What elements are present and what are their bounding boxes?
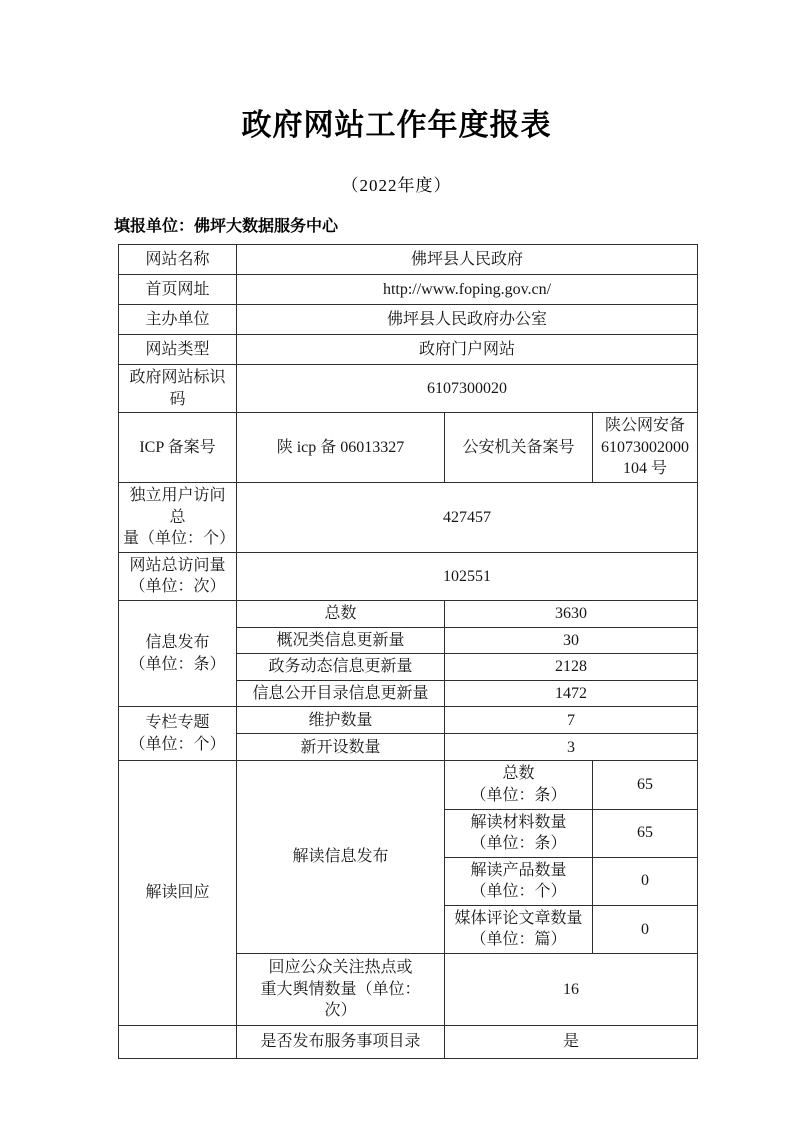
row-site-code: 政府网站标识码 6107300020 (119, 365, 698, 413)
row-total-visits: 网站总访问量 （单位：次） 102551 (119, 552, 698, 600)
home-url-label: 首页网址 (119, 275, 237, 305)
service-catalog-value: 是 (445, 1026, 698, 1059)
row-home-url: 首页网址 http://www.foping.gov.cn/ (119, 275, 698, 305)
site-code-value: 6107300020 (237, 365, 698, 413)
empty-corner-cell (119, 1026, 237, 1059)
row-unique-visitors: 独立用户访问总 量（单位：个） 427457 (119, 482, 698, 552)
report-year: （2022年度） (0, 171, 793, 196)
info-release-catalog-label: 信息公开目录信息更新量 (237, 680, 445, 707)
total-visits-label: 网站总访问量 （单位：次） (119, 552, 237, 600)
unique-visitors-label: 独立用户访问总 量（单位：个） (119, 482, 237, 552)
info-release-section-label: 信息发布 （单位：条） (119, 600, 237, 706)
special-columns-new-value: 3 (445, 734, 698, 761)
row-info-release-total: 信息发布 （单位：条） 总数 3630 (119, 600, 698, 627)
special-columns-new-label: 新开设数量 (237, 734, 445, 761)
organizer-value: 佛坪县人民政府办公室 (237, 305, 698, 335)
interpretation-products-label: 解读产品数量 （单位：个） (445, 857, 593, 905)
total-visits-value: 102551 (237, 552, 698, 600)
info-release-overview-label: 概况类信息更新量 (237, 627, 445, 654)
interpretation-media-value: 0 (593, 905, 698, 953)
home-url-value: http://www.foping.gov.cn/ (237, 275, 698, 305)
interpretation-media-label: 媒体评论文章数量 （单位：篇） (445, 905, 593, 953)
row-icp: ICP 备案号 陕 icp 备 06013327 公安机关备案号 陕公网安备 6… (119, 413, 698, 483)
site-type-value: 政府门户网站 (237, 335, 698, 365)
reporting-unit: 填报单位：佛坪大数据服务中心 (114, 213, 793, 236)
site-type-label: 网站类型 (119, 335, 237, 365)
info-release-catalog-value: 1472 (445, 680, 698, 707)
unique-visitors-value: 427457 (237, 482, 698, 552)
interpretation-section-label: 解读回应 (119, 761, 237, 1026)
info-release-total-label: 总数 (237, 600, 445, 627)
report-title: 政府网站工作年度报表 (0, 0, 793, 145)
info-release-dynamics-value: 2128 (445, 654, 698, 681)
site-name-label: 网站名称 (119, 245, 237, 275)
row-site-type: 网站类型 政府门户网站 (119, 335, 698, 365)
interpretation-total-value: 65 (593, 761, 698, 809)
special-columns-section-label: 专栏专题 （单位：个） (119, 707, 237, 761)
info-release-total-value: 3630 (445, 600, 698, 627)
row-organizer: 主办单位 佛坪县人民政府办公室 (119, 305, 698, 335)
site-code-label: 政府网站标识码 (119, 365, 237, 413)
public-response-value: 16 (445, 954, 698, 1026)
police-filing-value: 陕公网安备 61073002000 104 号 (593, 413, 698, 483)
row-site-name: 网站名称 佛坪县人民政府 (119, 245, 698, 275)
report-page: 政府网站工作年度报表 （2022年度） 填报单位：佛坪大数据服务中心 网站名称 … (0, 0, 793, 1122)
interpretation-materials-value: 65 (593, 809, 698, 857)
row-interpretation-total: 解读回应 解读信息发布 总数 （单位：条） 65 (119, 761, 698, 809)
site-name-value: 佛坪县人民政府 (237, 245, 698, 275)
service-catalog-label: 是否发布服务事项目录 (237, 1026, 445, 1059)
interpretation-products-value: 0 (593, 857, 698, 905)
organizer-label: 主办单位 (119, 305, 237, 335)
info-release-overview-value: 30 (445, 627, 698, 654)
icp-label: ICP 备案号 (119, 413, 237, 483)
interpretation-total-label: 总数 （单位：条） (445, 761, 593, 809)
interpretation-release-label: 解读信息发布 (237, 761, 445, 954)
interpretation-materials-label: 解读材料数量 （单位：条） (445, 809, 593, 857)
row-special-columns-maintained: 专栏专题 （单位：个） 维护数量 7 (119, 707, 698, 734)
icp-value: 陕 icp 备 06013327 (237, 413, 445, 483)
police-filing-label: 公安机关备案号 (445, 413, 593, 483)
public-response-label: 回应公众关注热点或 重大舆情数量（单位： 次） (237, 954, 445, 1026)
special-columns-maintained-label: 维护数量 (237, 707, 445, 734)
special-columns-maintained-value: 7 (445, 707, 698, 734)
info-release-dynamics-label: 政务动态信息更新量 (237, 654, 445, 681)
row-service-catalog: 是否发布服务事项目录 是 (119, 1026, 698, 1059)
annual-report-table: 网站名称 佛坪县人民政府 首页网址 http://www.foping.gov.… (118, 244, 698, 1059)
